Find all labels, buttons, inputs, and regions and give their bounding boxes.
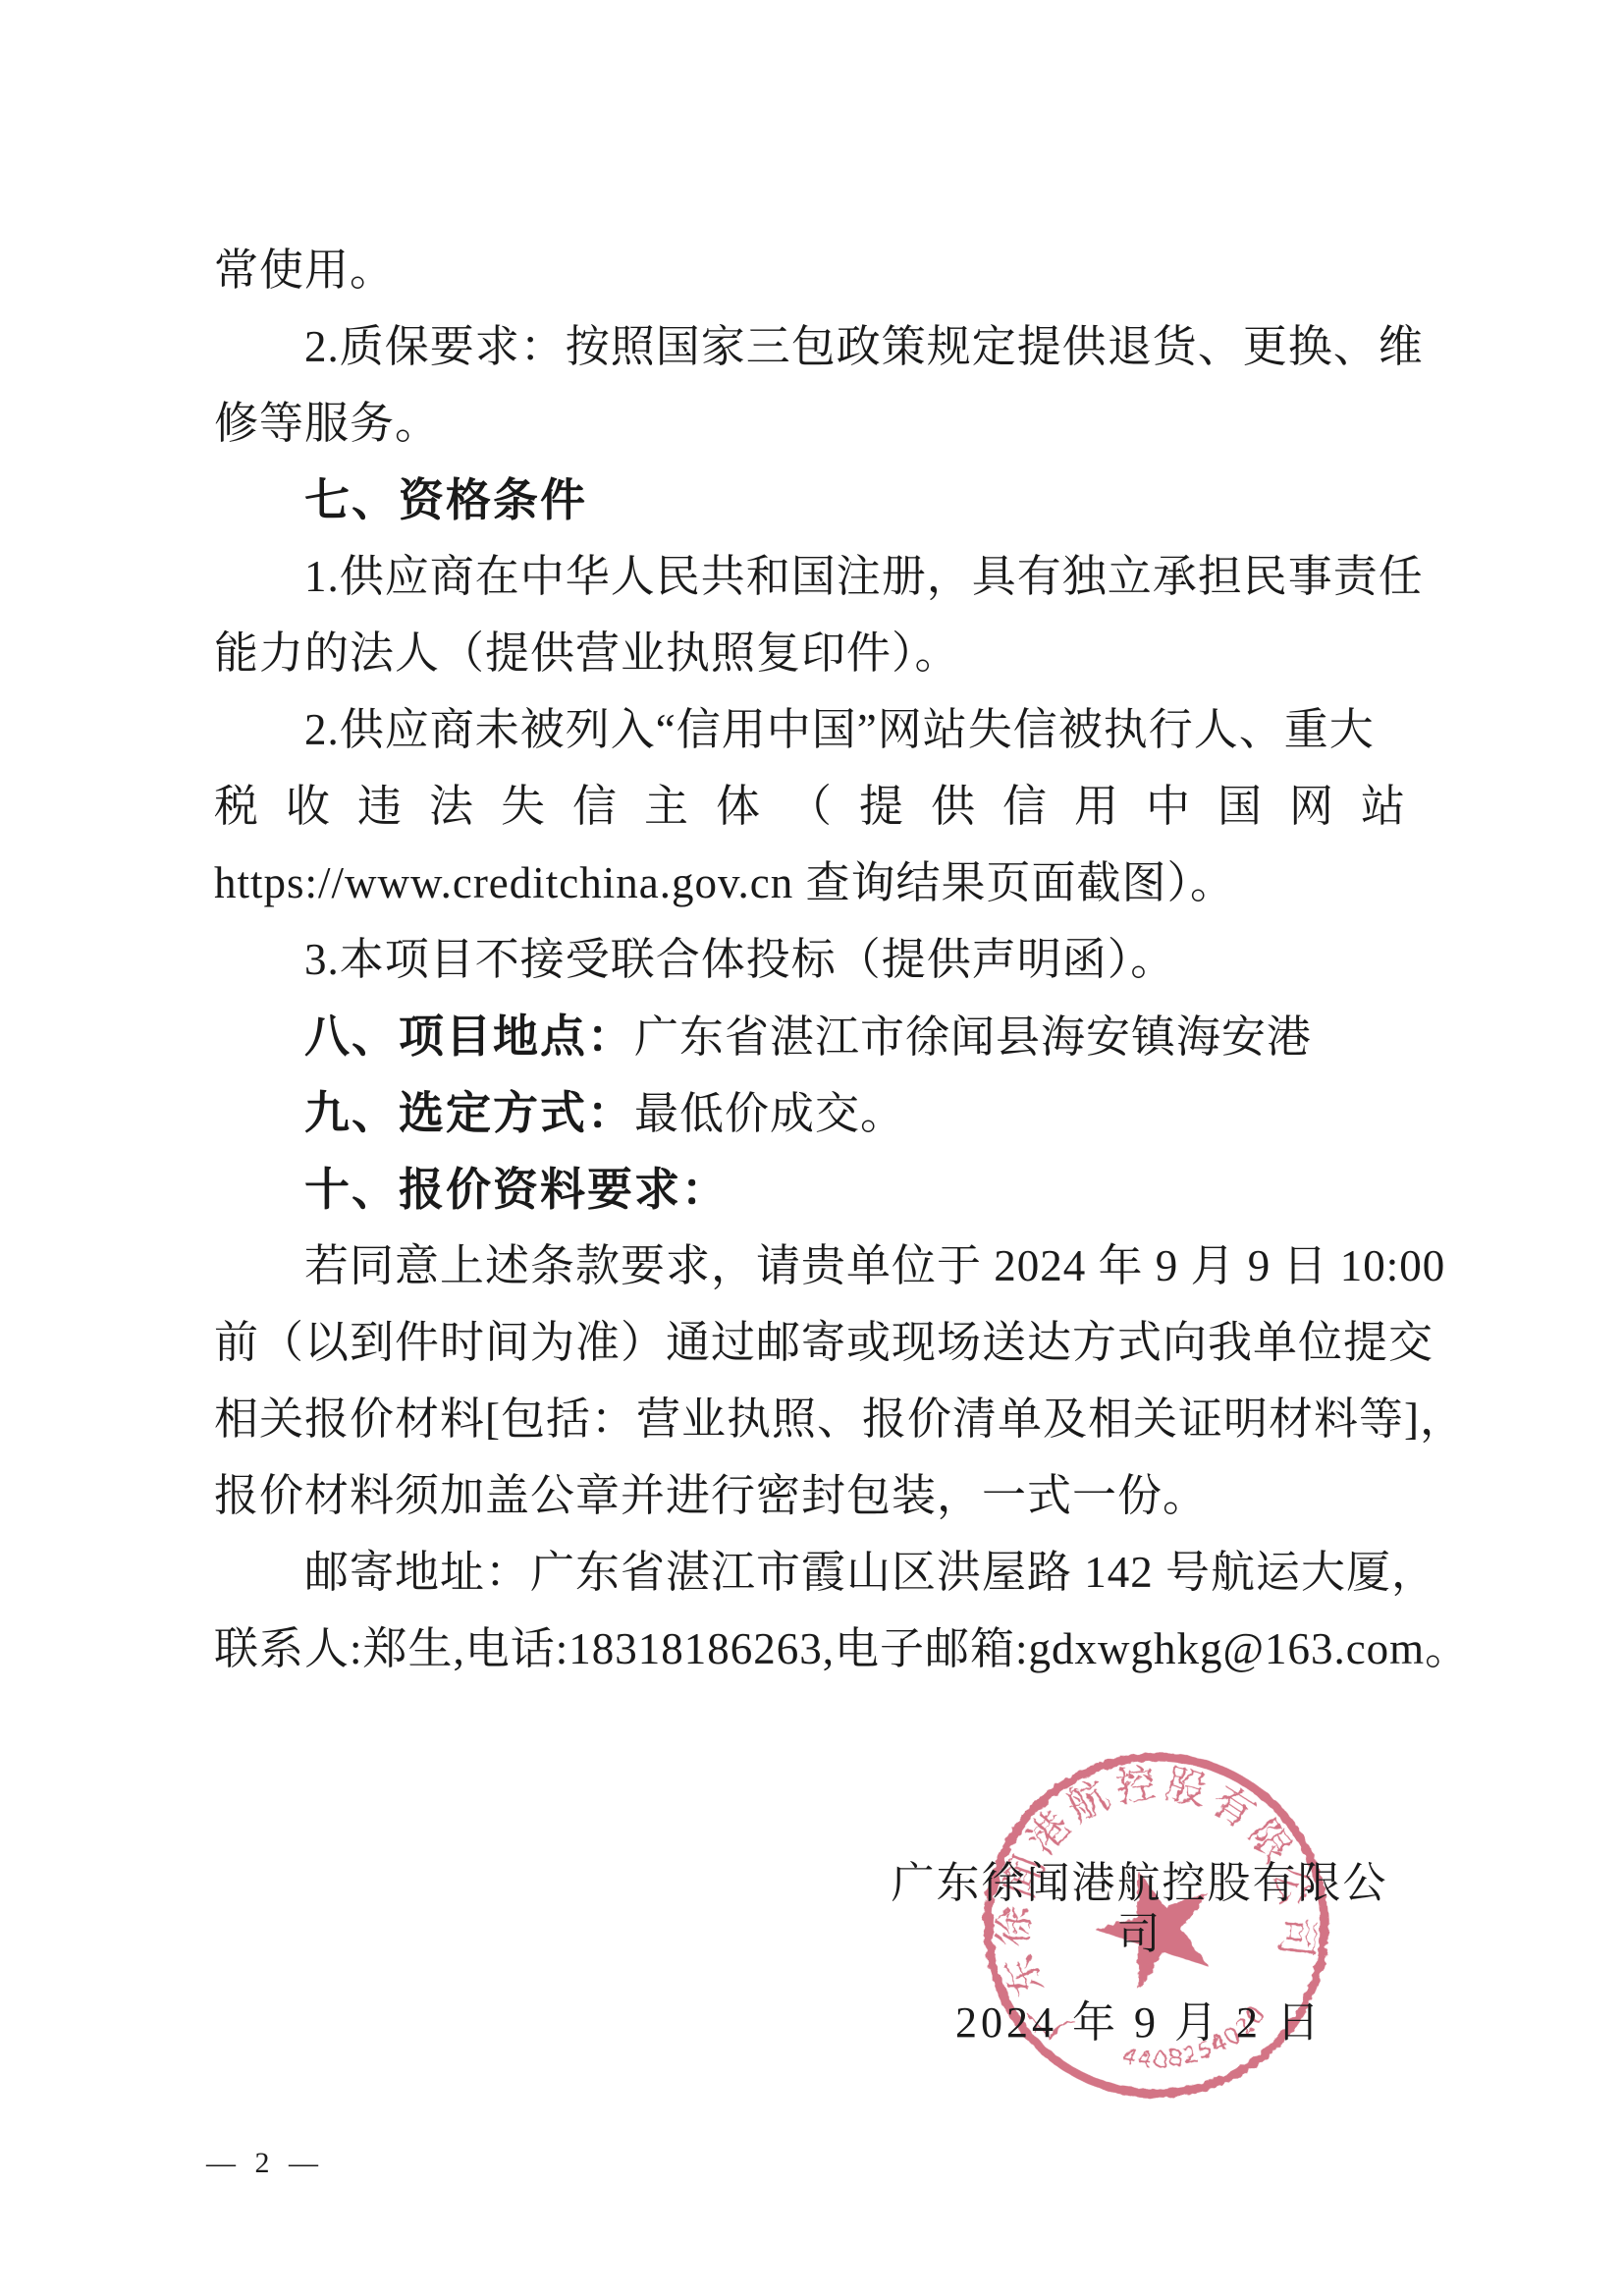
paragraph-line: 1.供应商在中华人民共和国注册，具有独立承担民事责任 [214,538,1424,615]
section-heading-qualifications: 七、资格条件 [214,462,1424,538]
credit-china-url-line: https://www.creditchina.gov.cn 查询结果页面截图）… [214,845,1424,921]
signature-date: 2024 年 9 月 2 日 [872,1997,1407,2049]
section-heading-location: 八、项目地点： [304,1011,634,1062]
page-number: — 2 — [206,2147,324,2180]
paragraph-line: 修等服务。 [214,385,1424,462]
paragraph-line: 能力的法人（提供营业执照复印件）。 [214,615,1424,691]
paragraph-line: 若同意上述条款要求，请贵单位于 2024 年 9 月 9 日 10:00 [214,1228,1424,1304]
location-value: 广东省湛江市徐闻县海安镇海安港 [634,1012,1312,1062]
section-line-selection-method: 九、选定方式：最低价成交。 [214,1074,1424,1151]
contact-line: 联系人:郑生,电话:18318186263,电子邮箱:gdxwghkg@163.… [214,1611,1424,1687]
document-page: 常使用。 2.质保要求：按照国家三包政策规定提供退货、更换、维 修等服务。 七、… [0,0,1623,2296]
signature-block: 广东徐闻港航控股有限公司 2024 年 9 月 2 日 [872,1858,1407,2049]
signature-company-name: 广东徐闻港航控股有限公司 [872,1858,1407,1960]
paragraph-line: 2.质保要求：按照国家三包政策规定提供退货、更换、维 [214,308,1424,385]
paragraph-line: 税收违法失信主体（提供信用中国网站 [214,768,1424,845]
selection-value: 最低价成交。 [634,1089,905,1138]
paragraph-line: 常使用。 [214,232,1424,308]
document-body: 常使用。 2.质保要求：按照国家三包政策规定提供退货、更换、维 修等服务。 七、… [214,232,1424,1687]
mailing-address-line: 邮寄地址：广东省湛江市霞山区洪屋路 142 号航运大厦， [214,1534,1424,1611]
paragraph-line: 前（以到件时间为准）通过邮寄或现场送达方式向我单位提交 [214,1304,1424,1381]
paragraph-line: 相关报价材料[包括：营业执照、报价清单及相关证明材料等]， [214,1381,1424,1457]
section-line-project-location: 八、项目地点：广东省湛江市徐闻县海安镇海安港 [214,998,1424,1074]
paragraph-line: 报价材料须加盖公章并进行密封包装，一式一份。 [214,1457,1424,1534]
paragraph-line: 3.本项目不接受联合体投标（提供声明函）。 [214,921,1424,998]
section-heading-quotation-requirements: 十、报价资料要求： [214,1151,1424,1228]
section-heading-selection: 九、选定方式： [304,1087,634,1138]
paragraph-line: 2.供应商未被列入“信用中国”网站失信被执行人、重大 [214,691,1424,768]
